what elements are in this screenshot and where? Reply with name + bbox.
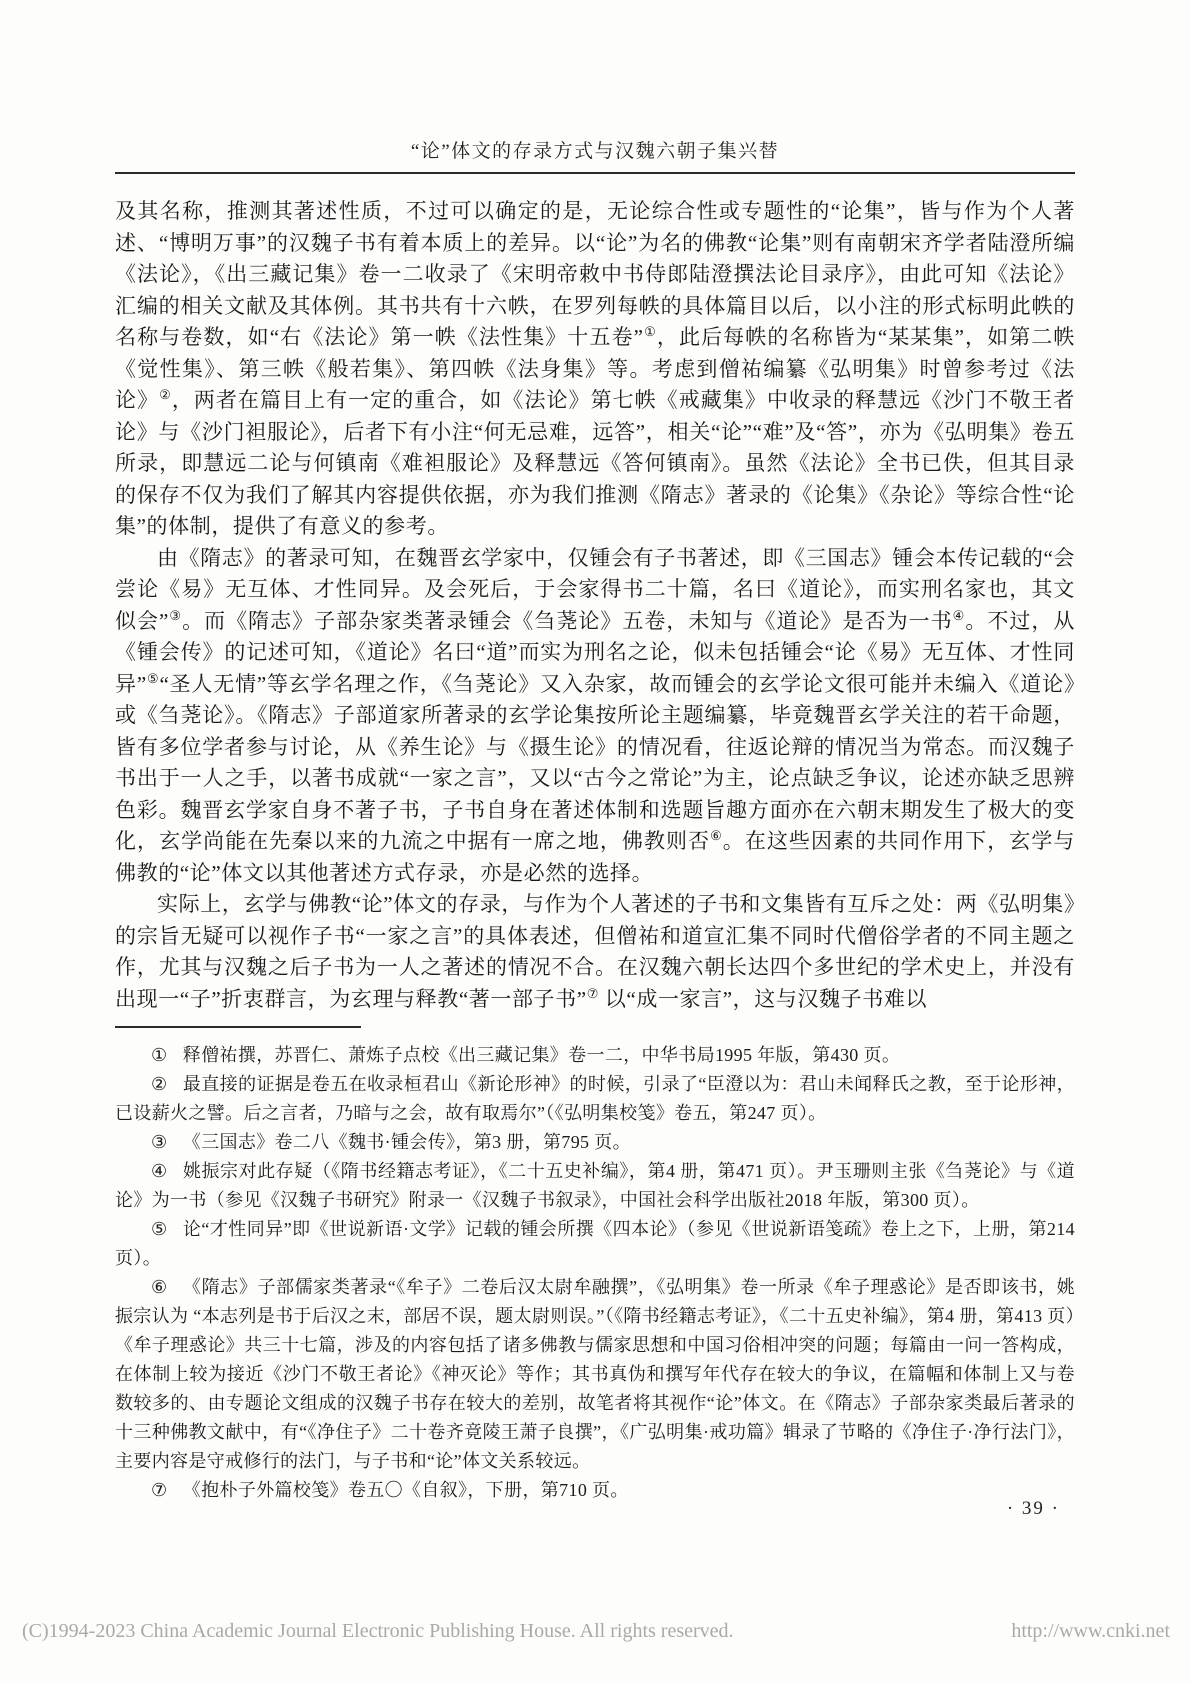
footer-url-link[interactable]: http://www.cnki.net: [1011, 1620, 1170, 1643]
footnote-label: ②: [151, 1074, 168, 1094]
footnote-label: ①: [151, 1045, 168, 1065]
footnote-text: 姚振宗对此存疑（《隋书经籍志考证》，《二十五史补编》，第4 册，第471 页）。…: [115, 1161, 1075, 1210]
footnote-marker: ⑥: [710, 828, 723, 843]
page-content: “论”体文的存录方式与汉魏六朝子集兴替 及其名称，推测其著述性质，不过可以确定的…: [115, 136, 1075, 1505]
body-paragraph: 及其名称，推测其著述性质，不过可以确定的是，无论综合性或专题性的“论集”，皆与作…: [115, 196, 1075, 543]
article-body: 及其名称，推测其著述性质，不过可以确定的是，无论综合性或专题性的“论集”，皆与作…: [115, 196, 1075, 1015]
footnote-separator: [115, 1026, 361, 1028]
footnote-label: ⑥: [151, 1277, 168, 1297]
footnote-item: ②最直接的证据是卷五在收录桓君山《新论形神》的时候，引录了“臣澄以为：君山未闻释…: [115, 1070, 1075, 1128]
footnote-label: ③: [151, 1132, 168, 1152]
footnote-label: ⑤: [151, 1219, 168, 1239]
footnote-item: ⑥《隋志》子部儒家类著录“《牟子》二卷后汉太尉牟融撰”，《弘明集》卷一所录《牟子…: [115, 1273, 1075, 1476]
footnote-text: 《抱朴子外篇校笺》卷五〇《自叙》，下册，第710 页。: [183, 1480, 629, 1500]
page-title: “论”体文的存录方式与汉魏六朝子集兴替: [115, 136, 1075, 163]
footnote-marker: ⑦: [587, 986, 599, 1001]
footnote-item: ⑤论“才性同异”即《世说新语·文学》记载的锺会所撰《四本论》（参见《世说新语笺疏…: [115, 1215, 1075, 1273]
footnote-item: ⑦《抱朴子外篇校笺》卷五〇《自叙》，下册，第710 页。: [115, 1476, 1075, 1505]
footnote-item: ③《三国志》卷二八《魏书·锺会传》，第3 册，第795 页。: [115, 1128, 1075, 1157]
body-paragraph: 实际上，玄学与佛教“论”体文的存录，与作为个人著述的子书和文集皆有互斥之处：两《…: [115, 889, 1075, 1015]
journal-page: “论”体文的存录方式与汉魏六朝子集兴替 及其名称，推测其著述性质，不过可以确定的…: [0, 0, 1190, 1683]
footnote-marker: ⑤: [147, 671, 160, 686]
footnote-text: 论“才性同异”即《世说新语·文学》记载的锺会所撰《四本论》（参见《世说新语笺疏》…: [115, 1219, 1075, 1268]
footnote-text: 释僧祐撰，苏晋仁、萧炼子点校《出三藏记集》卷一二，中华书局1995 年版，第43…: [183, 1045, 900, 1065]
page-footer: (C)1994-2023 China Academic Journal Elec…: [22, 1620, 1170, 1643]
header-rule: [115, 172, 1075, 174]
footnote-label: ④: [151, 1161, 168, 1181]
footnote-marker: ②: [159, 387, 172, 402]
footnote-item: ①释僧祐撰，苏晋仁、萧炼子点校《出三藏记集》卷一二，中华书局1995 年版，第4…: [115, 1041, 1075, 1070]
footnote-text: 《隋志》子部儒家类著录“《牟子》二卷后汉太尉牟融撰”，《弘明集》卷一所录《牟子理…: [115, 1277, 1075, 1471]
footnote-item: ④姚振宗对此存疑（《隋书经籍志考证》，《二十五史补编》，第4 册，第471 页）…: [115, 1157, 1075, 1215]
footnote-marker: ④: [953, 608, 966, 623]
footnotes-section: ①释僧祐撰，苏晋仁、萧炼子点校《出三藏记集》卷一二，中华书局1995 年版，第4…: [115, 1041, 1075, 1505]
footnote-label: ⑦: [151, 1480, 168, 1500]
body-paragraph: 由《隋志》的著录可知，在魏晋玄学家中，仅锺会有子书著述，即《三国志》锺会本传记载…: [115, 543, 1075, 890]
page-number: · 39 ·: [1007, 1498, 1060, 1520]
footnote-marker: ③: [169, 608, 182, 623]
copyright-text: (C)1994-2023 China Academic Journal Elec…: [22, 1620, 734, 1643]
footnote-text: 《三国志》卷二八《魏书·锺会传》，第3 册，第795 页。: [183, 1132, 631, 1152]
footnote-marker: ①: [644, 324, 657, 339]
footnote-text: 最直接的证据是卷五在收录桓君山《新论形神》的时候，引录了“臣澄以为：君山未闻释氏…: [115, 1074, 1075, 1123]
